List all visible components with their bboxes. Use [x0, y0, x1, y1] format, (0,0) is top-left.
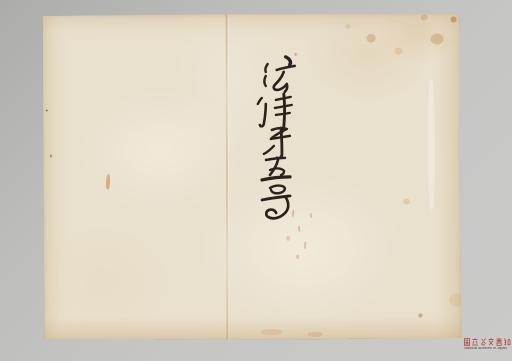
archives-stamp-subtext: National Archives of Japan [464, 347, 492, 350]
stain [421, 15, 428, 21]
paper-sheen [428, 80, 435, 210]
calligraphy-title [248, 52, 308, 222]
stain [260, 329, 282, 335]
stain [449, 293, 464, 306]
stain [50, 155, 52, 158]
stain [106, 174, 111, 189]
stain [346, 24, 351, 29]
stain [451, 16, 457, 22]
stain [403, 199, 410, 205]
document-paper [43, 13, 462, 340]
fold-crease-line [226, 14, 229, 340]
stain [307, 332, 322, 337]
photo-backdrop: National Archives of Japan [0, 0, 512, 361]
archives-stamp: National Archives of Japan [464, 338, 511, 358]
stain [418, 314, 422, 318]
stain [367, 34, 376, 43]
stain [431, 33, 444, 44]
stain [395, 48, 403, 55]
archives-stamp-kanji [464, 338, 511, 347]
stain [46, 110, 48, 112]
red-ink-ghost-marks [43, 13, 461, 14]
